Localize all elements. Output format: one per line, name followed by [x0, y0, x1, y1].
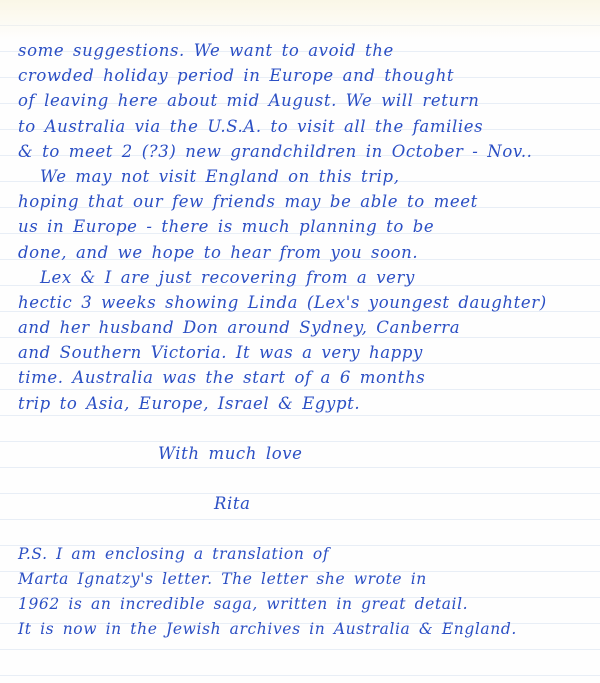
letter-line: done, and we hope to hear from you soon. — [18, 240, 598, 265]
spacer — [18, 416, 598, 441]
letter-line: to Australia via the U.S.A. to visit all… — [18, 114, 598, 139]
closing-salutation: With much love — [18, 441, 598, 466]
letter-line: time. Australia was the start of a 6 mon… — [18, 365, 598, 390]
postscript-line: Marta Ignatzy's letter. The letter she w… — [18, 567, 598, 592]
letter-line: We may not visit England on this trip, — [18, 164, 598, 189]
letter-line: crowded holiday period in Europe and tho… — [18, 63, 598, 88]
letter-line: us in Europe - there is much planning to… — [18, 214, 598, 239]
postscript: P.S. I am enclosing a translation of Mar… — [18, 542, 598, 643]
letter-body: some suggestions. We want to avoid the c… — [18, 38, 598, 643]
letter-line: of leaving here about mid August. We wil… — [18, 88, 598, 113]
spacer — [18, 517, 598, 542]
postscript-line: 1962 is an incredible saga, written in g… — [18, 592, 598, 617]
letter-line: & to meet 2 (?3) new grandchildren in Oc… — [18, 139, 598, 164]
letter-line: some suggestions. We want to avoid the — [18, 38, 598, 63]
postscript-line: P.S. I am enclosing a translation of — [18, 542, 598, 567]
letter-line: and her husband Don around Sydney, Canbe… — [18, 315, 598, 340]
letter-line: trip to Asia, Europe, Israel & Egypt. — [18, 391, 598, 416]
letter-line: Lex & I are just recovering from a very — [18, 265, 598, 290]
letter-page: some suggestions. We want to avoid the c… — [0, 0, 600, 683]
postscript-line: It is now in the Jewish archives in Aust… — [18, 617, 598, 642]
letter-line: hectic 3 weeks showing Linda (Lex's youn… — [18, 290, 598, 315]
spacer — [18, 466, 598, 491]
letter-line: and Southern Victoria. It was a very hap… — [18, 340, 598, 365]
letter-line: hoping that our few friends may be able … — [18, 189, 598, 214]
signature: Rita — [18, 491, 598, 516]
